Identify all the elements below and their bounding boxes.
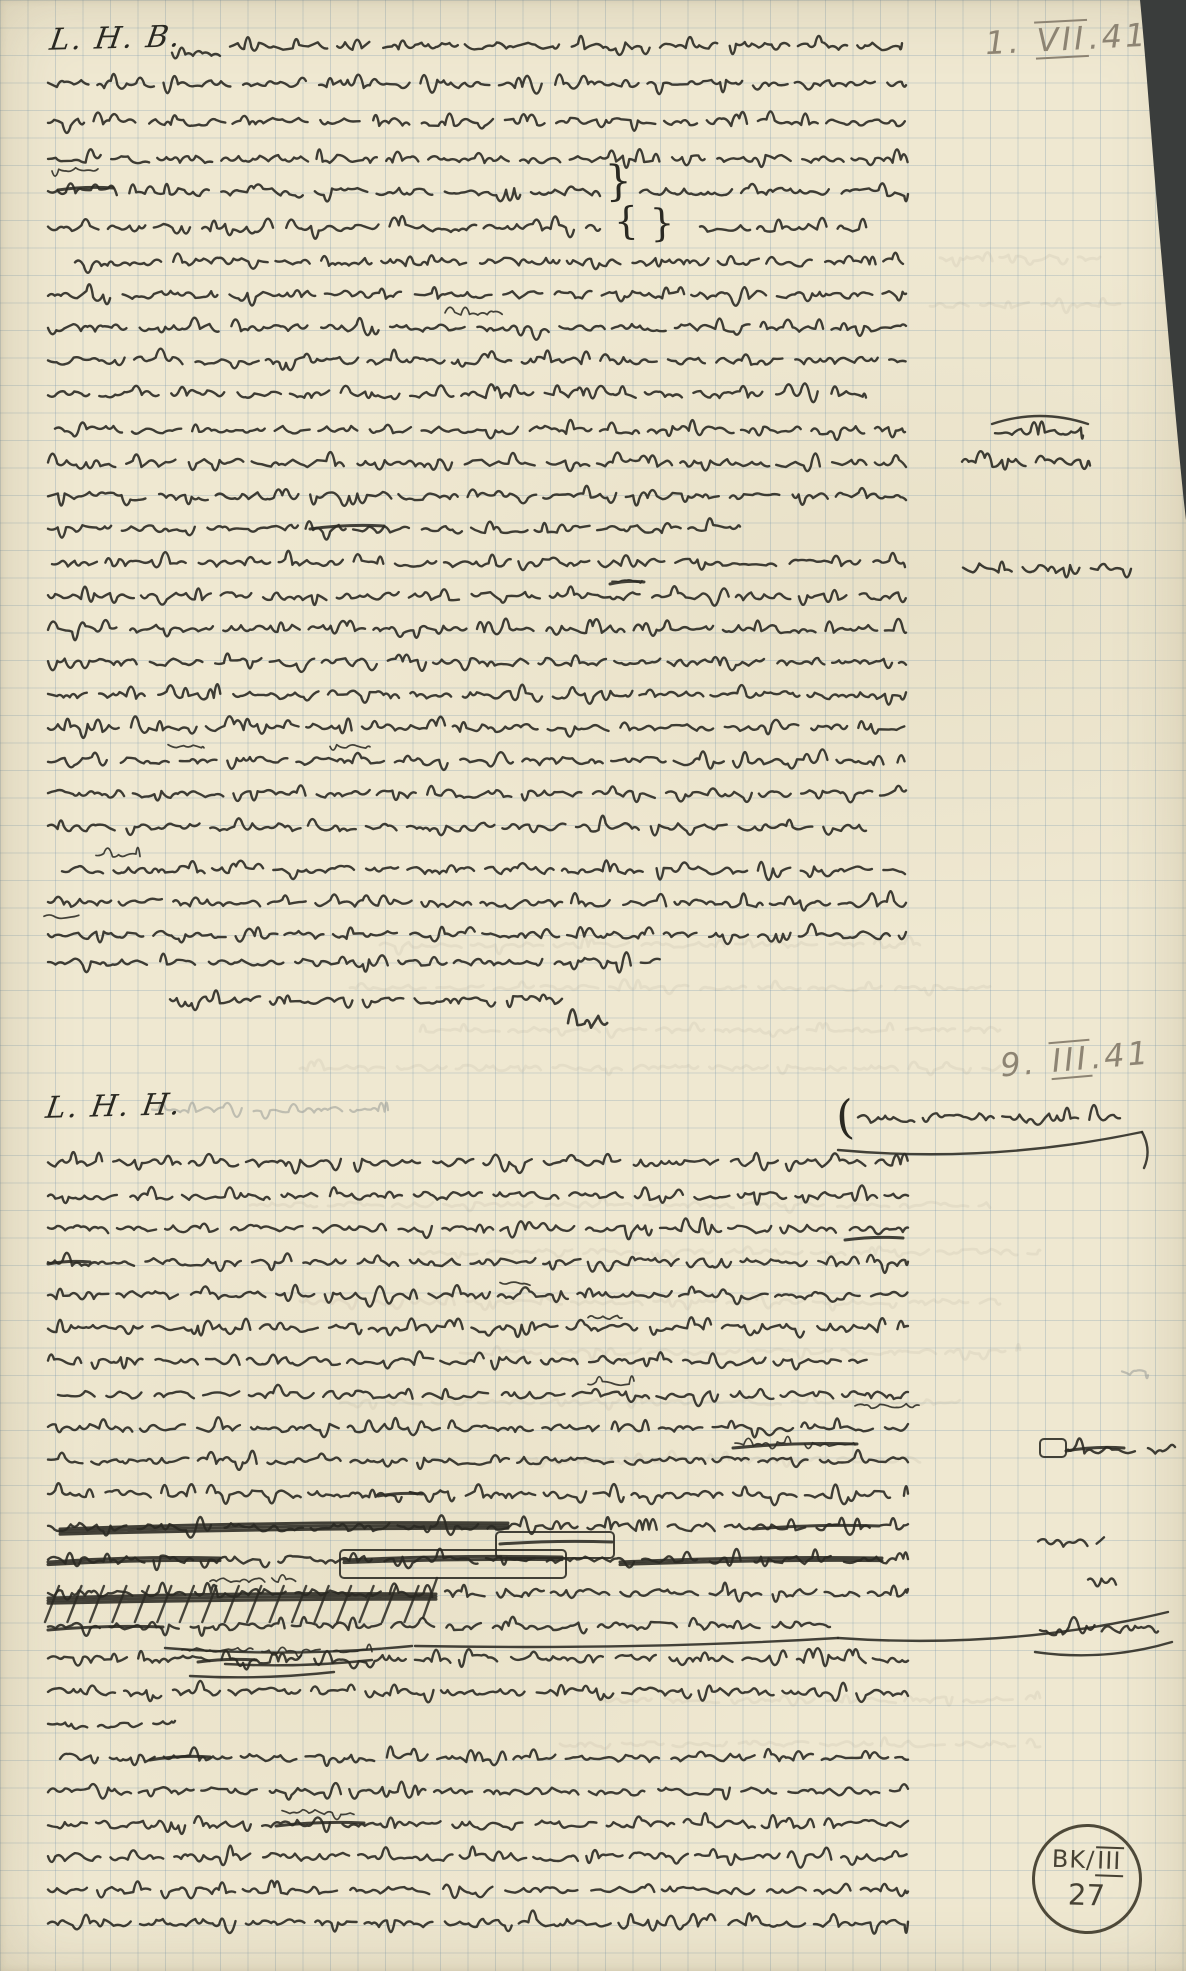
photo-edge — [1140, 0, 1186, 520]
handwriting-layer — [0, 0, 1186, 1971]
paren-mark: ( — [834, 1093, 855, 1140]
manuscript-photo: L. H. B. 1. VII.41 } { } 9. III.41 L. H.… — [0, 0, 1186, 1971]
insertions-strokes — [44, 168, 919, 1820]
date-month-roman: VII — [1034, 19, 1090, 60]
date-day: 9. — [999, 1043, 1039, 1084]
date-month-roman: III — [1048, 1039, 1092, 1080]
signature-strokes — [568, 1009, 607, 1027]
salutation-second-letter: L. H. H. — [44, 1090, 184, 1124]
date-year: .41 — [1087, 16, 1149, 57]
brace-mark-3: } — [649, 204, 674, 243]
archive-stamp-line1: BK/III — [1051, 1845, 1124, 1877]
date-year: .41 — [1089, 1033, 1152, 1076]
pencil-strokes — [152, 1103, 1148, 1379]
archive-stamp-number: 27 — [1067, 1877, 1105, 1912]
archive-stamp-numeral: III — [1095, 1847, 1124, 1877]
brace-mark-2: { — [613, 202, 638, 241]
archive-stamp-prefix: BK/ — [1051, 1845, 1095, 1874]
date-day: 1. — [984, 22, 1022, 62]
strike-marks — [48, 187, 1124, 1826]
brace-mark-1: } — [604, 160, 632, 203]
salutation-first-letter: L. H. B. — [48, 22, 184, 56]
